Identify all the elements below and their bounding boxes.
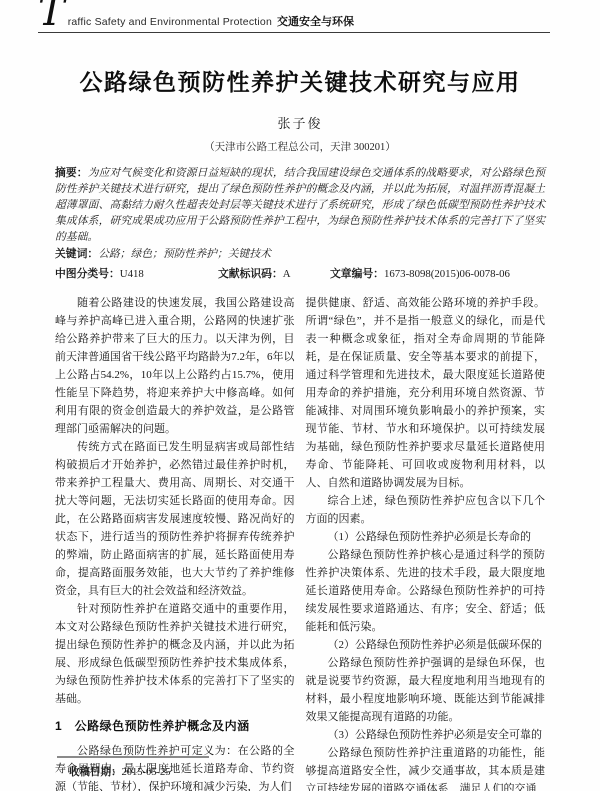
body-columns: 随着公路建设的快速发展，我国公路建设高峰与养护高峰已进入重合期，公路网的快速扩张… (55, 294, 545, 791)
received-date: 收稿日期：2015-05-25 (69, 764, 295, 779)
list-item-2: （2）公路绿色预防性养护必须是低碳环保的 (306, 636, 546, 654)
clc-number: 中图分类号：U418 (55, 266, 218, 282)
paragraph: 公路绿色预防性养护强调的是绿色环保，也就是说要节约资源，最大程度地利用当地现有的… (306, 654, 546, 726)
journal-name-english: raffic Safety and Environmental Protecti… (68, 16, 272, 28)
abstract-block: 摘要：为应对气候变化和资源日益短缺的现状，结合我国建设绿色交通体系的战略要求，对… (55, 165, 545, 245)
left-column: 随着公路建设的快速发展，我国公路建设高峰与养护高峰已进入重合期，公路网的快速扩张… (55, 294, 295, 791)
list-item-3: （3）公路绿色预防性养护必须是安全可靠的 (306, 726, 546, 744)
section-heading-1: 1 公路绿色预防性养护概念及内涵 (55, 717, 295, 735)
article-id: 文章编号：1673-8098(2015)06-0078-06 (330, 266, 545, 282)
paragraph: 随着公路建设的快速发展，我国公路建设高峰与养护高峰已进入重合期，公路网的快速扩张… (55, 294, 295, 438)
article-meta: 中图分类号：U418 文献标识码：A 文章编号：1673-8098(2015)0… (55, 266, 545, 282)
author-affiliation: （天津市公路工程总公司，天津 300201） (55, 139, 545, 154)
keywords-label: 关键词： (55, 248, 98, 260)
journal-logo-t-icon: T (38, 0, 65, 30)
author-name: 张子俊 (55, 113, 545, 132)
page-title: 公路绿色预防性养护关键技术研究与应用 (55, 64, 545, 97)
keywords-text: 公路；绿色；预防性养护；关键技术 (98, 248, 271, 260)
right-column: 提供健康、舒适、高效能公路环境的养护手段。所谓“绿色”，并不是指一般意义的绿化，… (306, 294, 546, 791)
keywords-block: 关键词：公路；绿色；预防性养护；关键技术 (55, 246, 545, 262)
journal-masthead: T raffic Safety and Environmental Protec… (38, 0, 550, 33)
document-code: 文献标识码：A (218, 266, 330, 282)
abstract-label: 摘要： (55, 167, 88, 179)
paragraph: 针对预防性养护在道路交通中的重要作用，本文对公路绿色预防性养护关键技术进行研究，… (55, 600, 295, 708)
paragraph: 公路绿色预防性养护注重道路的功能性，能够提高道路安全性，减少交通事故，其本质是建… (306, 744, 546, 791)
paragraph: 公路绿色预防性养护核心是通过科学的预防性养护决策体系、先进的技术手段，最大限度地… (306, 546, 546, 636)
paragraph: 综合上述，绿色预防性养护应包含以下几个方面的因素。 (306, 492, 546, 528)
list-item-1: （1）公路绿色预防性养护必须是长寿命的 (306, 528, 546, 546)
journal-page: T raffic Safety and Environmental Protec… (0, 0, 600, 791)
journal-name-chinese: 交通安全与环保 (277, 13, 354, 29)
header-rule (38, 32, 550, 33)
abstract-text: 为应对气候变化和资源日益短缺的现状，结合我国建设绿色交通体系的战略要求，对公路绿… (55, 167, 545, 243)
footnote: 收稿日期：2015-05-25 (55, 756, 295, 779)
paragraph: 提供健康、舒适、高效能公路环境的养护手段。所谓“绿色”，并不是指一般意义的绿化，… (306, 294, 546, 492)
footnote-rule (57, 756, 209, 758)
paragraph: 传统方式在路面已发生明显病害或局部性结构破损后才开始养护，必然错过最佳养护时机，… (55, 438, 295, 600)
